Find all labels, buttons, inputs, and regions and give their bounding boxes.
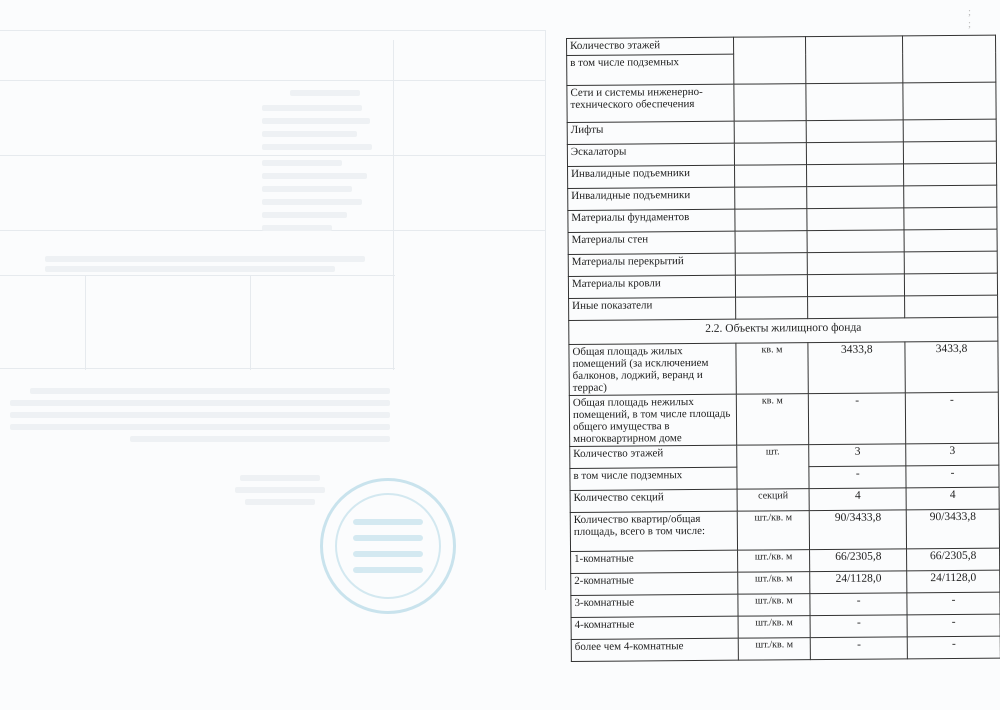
planned-cell — [807, 164, 904, 187]
row-label: 2-комнатные — [571, 572, 738, 595]
actual-cell — [903, 35, 996, 83]
unit-cell — [734, 165, 807, 188]
actual-cell: 4 — [906, 487, 999, 510]
actual-cell — [904, 229, 997, 252]
actual-cell: - — [906, 465, 999, 488]
actual-cell: - — [907, 614, 1000, 637]
unit-cell — [735, 253, 808, 276]
row-label: Общая площадь нежилых помещений, в том ч… — [569, 394, 736, 446]
actual-cell — [904, 163, 997, 186]
unit-cell: секций — [737, 489, 810, 512]
row-label: Инвалидные подъемники — [568, 187, 735, 210]
actual-cell: - — [907, 592, 1000, 615]
unit-cell — [734, 121, 807, 144]
table-row: более чем 4-комнатные шт./кв. м - - — [571, 636, 1000, 661]
actual-cell — [904, 185, 997, 208]
section-title: 2.2. Объекты жилищного фонда — [569, 317, 998, 344]
unit-cell — [734, 187, 807, 210]
row-label: Количество этажей — [570, 445, 737, 468]
row-label: Материалы стен — [568, 231, 735, 254]
unit-cell: шт./кв. м — [738, 616, 811, 639]
actual-cell — [903, 141, 996, 164]
unit-cell: шт./кв. м — [737, 511, 810, 551]
planned-cell: - — [810, 593, 907, 616]
planned-cell: 3 — [809, 444, 906, 467]
row-label: Материалы перекрытий — [568, 253, 735, 276]
planned-cell — [806, 36, 903, 84]
actual-cell — [903, 119, 996, 142]
unit-cell — [734, 143, 807, 166]
unit-cell — [735, 297, 808, 320]
planned-cell: 4 — [809, 488, 906, 511]
table-row: Общая площадь нежилых помещений, в том ч… — [569, 392, 998, 446]
unit-cell: кв. м — [735, 343, 808, 395]
actual-cell: 24/1128,0 — [907, 570, 1000, 593]
actual-cell: 3 — [906, 443, 999, 466]
row-label: 1-комнатные — [571, 550, 738, 573]
planned-cell — [807, 230, 904, 253]
unit-cell — [733, 84, 806, 122]
row-label: в том числе подземных — [567, 54, 734, 85]
table-row: Количество квартир/общая площадь, всего … — [570, 509, 999, 551]
planned-cell — [806, 83, 903, 121]
planned-cell: - — [810, 615, 907, 638]
row-label: Количество секций — [570, 489, 737, 512]
row-label: Общая площадь жилых помещений (за исключ… — [569, 343, 736, 395]
unit-cell — [735, 231, 808, 254]
actual-cell — [903, 82, 996, 120]
planned-cell: - — [809, 393, 906, 445]
row-label: Материалы фундаментов — [568, 209, 735, 232]
planned-cell — [807, 120, 904, 143]
row-label: Материалы кровли — [568, 275, 735, 298]
actual-cell: - — [907, 636, 1000, 659]
section-header-row: 2.2. Объекты жилищного фонда — [569, 317, 998, 344]
row-label: Количество квартир/общая площадь, всего … — [570, 511, 737, 551]
actual-cell: 66/2305,8 — [907, 548, 1000, 571]
planned-cell: - — [809, 466, 906, 489]
unit-cell: шт./кв. м — [738, 638, 811, 661]
actual-cell — [905, 273, 998, 296]
planned-cell: 90/3433,8 — [810, 510, 907, 550]
unit-cell — [735, 275, 808, 298]
table-row: Сети и системы инженерно-технического об… — [567, 82, 996, 122]
row-label: Лифты — [567, 121, 734, 144]
row-label: 3-комнатные — [571, 594, 738, 617]
planned-cell: 66/2305,8 — [810, 549, 907, 572]
building-indicators-table: Количество этажей в том числе подземных … — [566, 35, 1000, 662]
row-label: Иные показатели — [569, 297, 736, 320]
actual-cell — [905, 295, 998, 318]
unit-cell — [733, 37, 806, 85]
row-label: Эскалаторы — [567, 143, 734, 166]
row-label: Количество этажей — [567, 37, 734, 55]
planned-cell — [808, 274, 905, 297]
row-label: Сети и системы инженерно-технического об… — [567, 84, 734, 122]
row-label: 4-комнатные — [571, 616, 738, 639]
unit-cell: шт./кв. м — [737, 572, 810, 595]
unit-cell: шт./кв. м — [737, 594, 810, 617]
planned-cell — [807, 142, 904, 165]
table-row: Количество этажей — [567, 35, 996, 55]
actual-cell: 90/3433,8 — [906, 509, 999, 549]
planned-cell — [808, 296, 905, 319]
unit-cell: шт. — [736, 445, 809, 490]
actual-cell — [904, 207, 997, 230]
row-label: Инвалидные подъемники — [568, 165, 735, 188]
row-label: в том числе подземных — [570, 467, 737, 490]
unit-cell: шт./кв. м — [737, 550, 810, 573]
table-row: Общая площадь жилых помещений (за исключ… — [569, 341, 998, 395]
row-label: более чем 4-комнатные — [571, 638, 738, 661]
faded-seal-stamp — [320, 478, 456, 614]
planned-cell: 3433,8 — [808, 342, 905, 394]
planned-cell: - — [811, 637, 908, 660]
margin-mark: ;; — [968, 6, 971, 30]
planned-cell — [808, 252, 905, 275]
planned-cell: 24/1128,0 — [810, 571, 907, 594]
planned-cell — [807, 208, 904, 231]
actual-cell: 3433,8 — [905, 341, 998, 393]
actual-cell: - — [905, 392, 998, 444]
planned-cell — [807, 186, 904, 209]
unit-cell: кв. м — [736, 394, 809, 446]
actual-cell — [904, 251, 997, 274]
unit-cell — [734, 209, 807, 232]
